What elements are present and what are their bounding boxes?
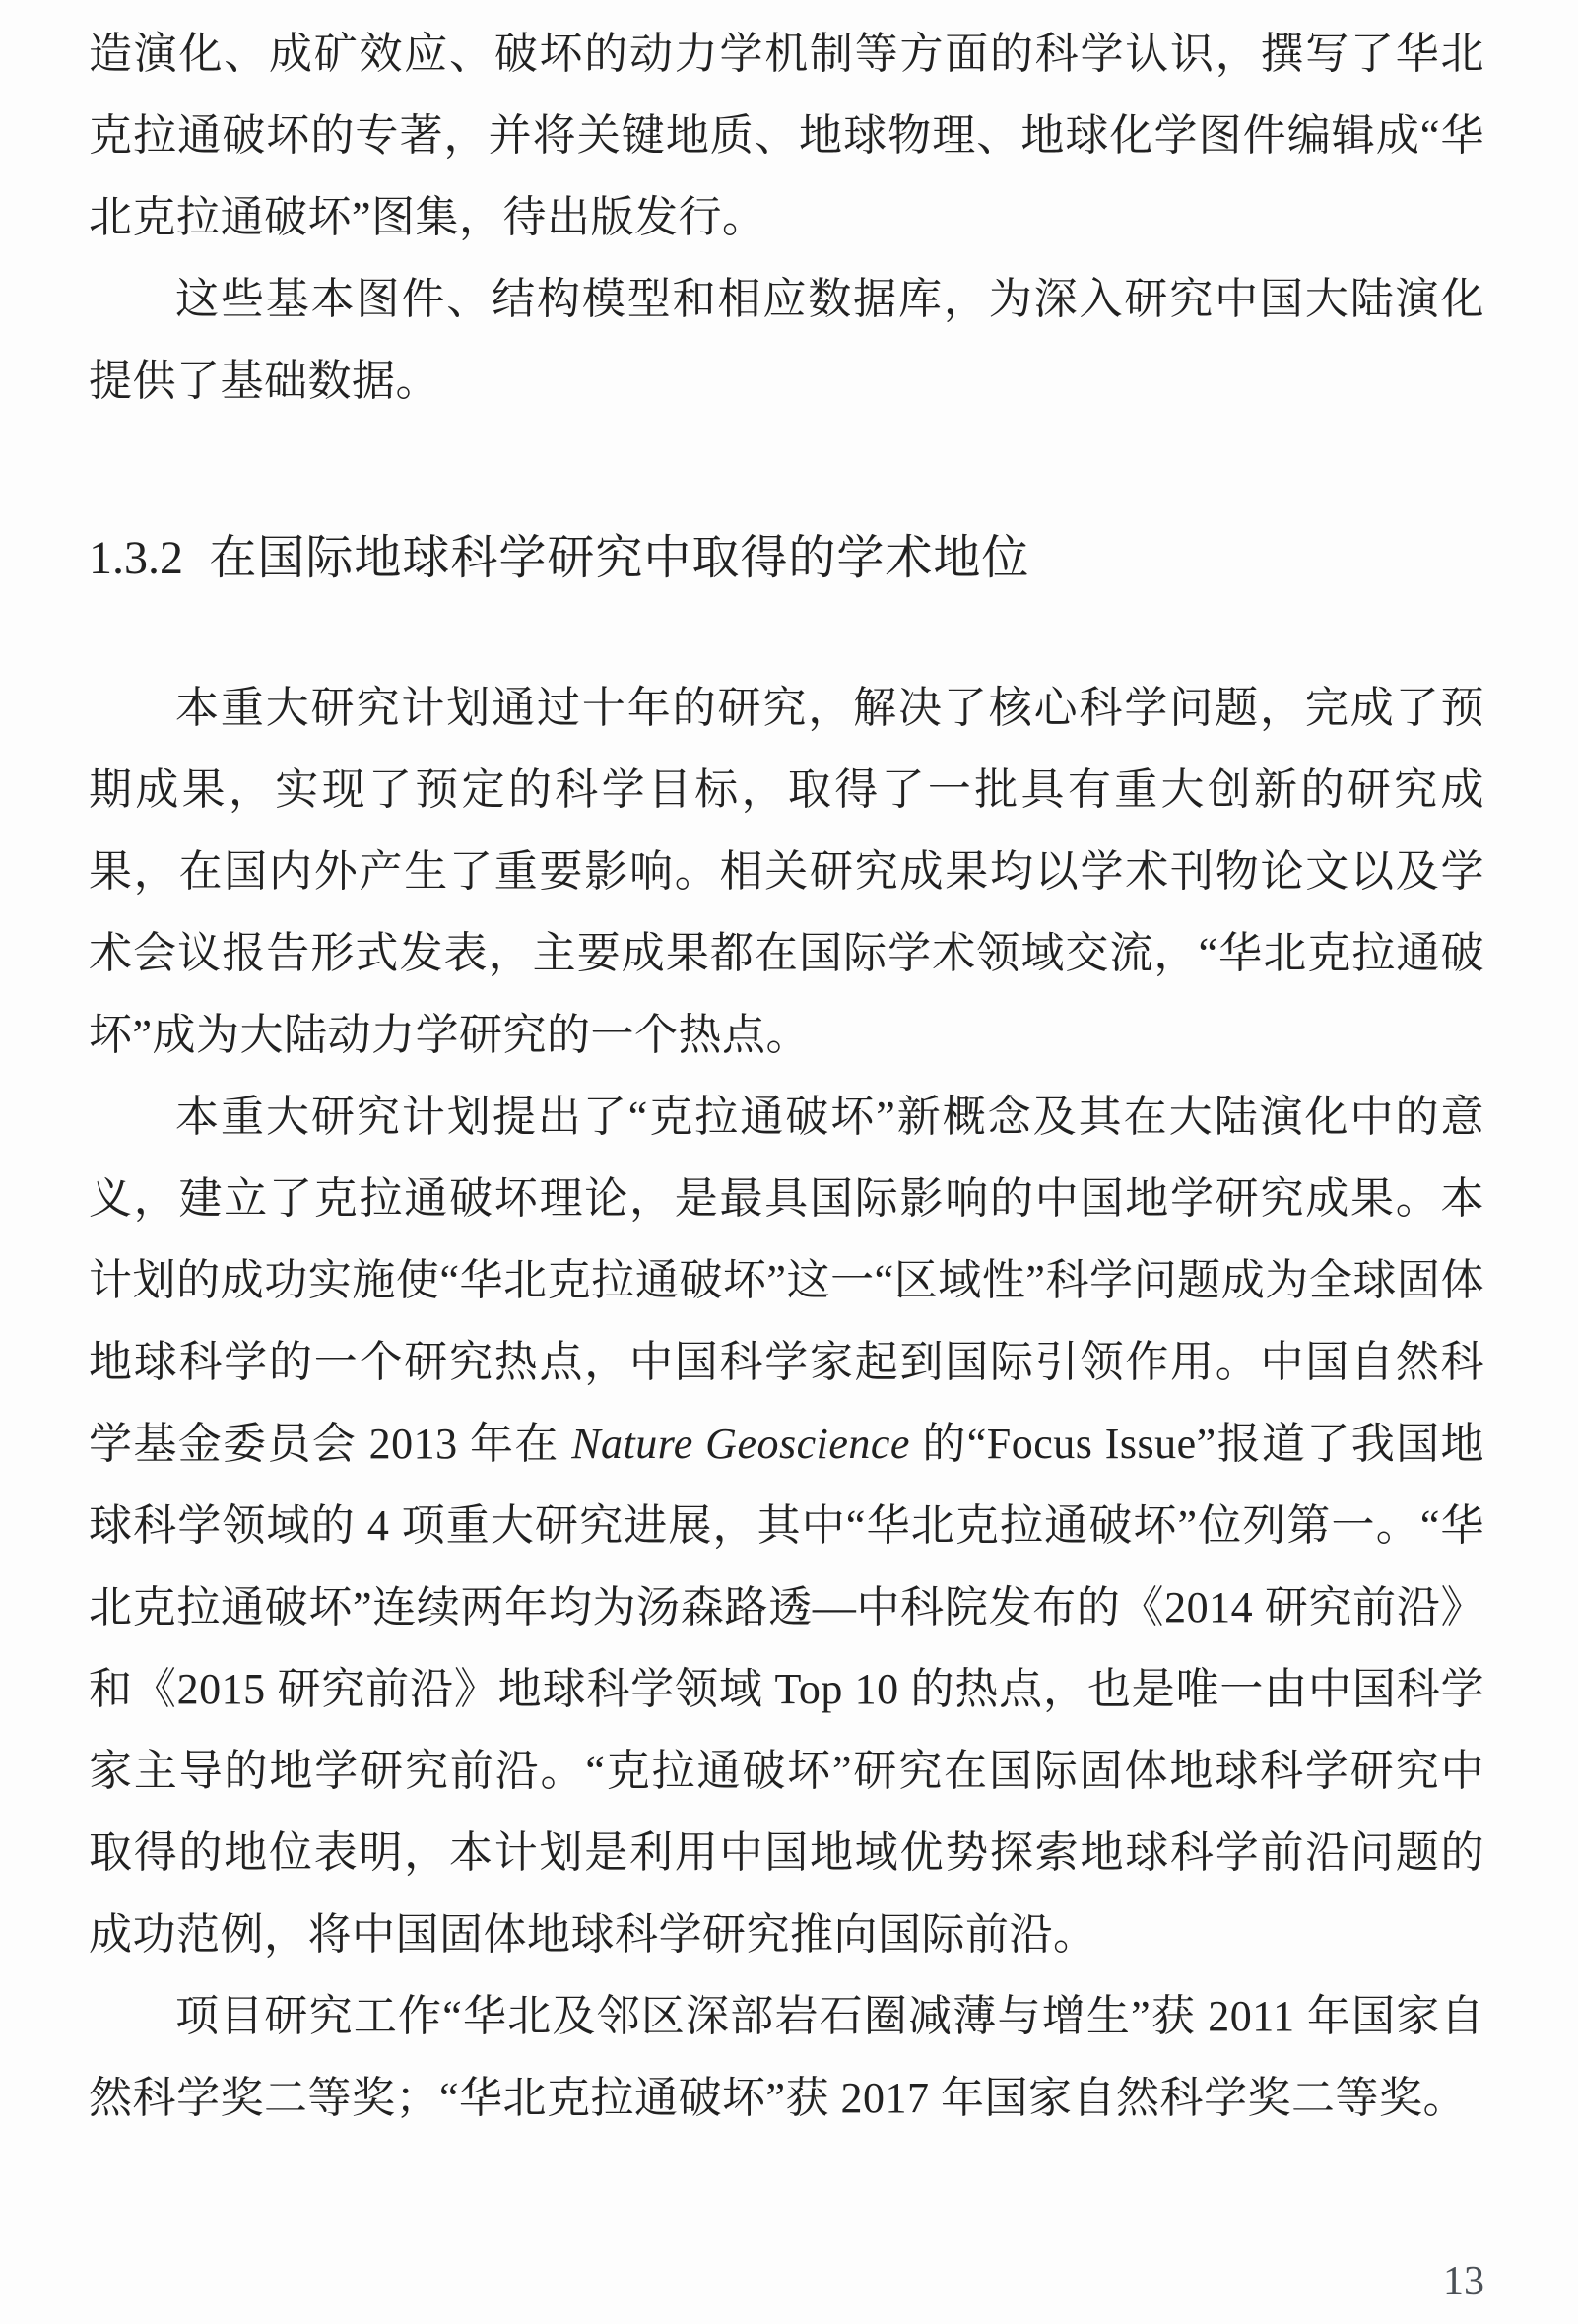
section-number: 1.3.2: [89, 532, 183, 584]
intro-paragraphs: 造演化、成矿效应、破坏的动力学机制等方面的科学认识，撰写了华北克拉通破坏的专著，…: [89, 13, 1484, 422]
paragraph: 本重大研究计划通过十年的研究，解决了核心科学问题，完成了预期成果，实现了预定的科…: [89, 667, 1484, 1076]
document-page: 造演化、成矿效应、破坏的动力学机制等方面的科学认识，撰写了华北克拉通破坏的专著，…: [0, 0, 1578, 2324]
text-run: 这些基本图件、结构模型和相应数据库，为深入研究中国大陆演化提供了基础数据。: [89, 275, 1484, 405]
section-heading: 1.3.2在国际地球科学研究中取得的学术地位: [89, 529, 1484, 588]
page-number: 13: [1443, 2258, 1484, 2305]
paragraph: 造演化、成矿效应、破坏的动力学机制等方面的科学认识，撰写了华北克拉通破坏的专著，…: [89, 13, 1484, 258]
text-run: 造演化、成矿效应、破坏的动力学机制等方面的科学认识，撰写了华北克拉通破坏的专著，…: [89, 30, 1484, 241]
italic-text-run: Nature Geoscience: [571, 1420, 910, 1468]
paragraph: 这些基本图件、结构模型和相应数据库，为深入研究中国大陆演化提供了基础数据。: [89, 258, 1484, 422]
text-run: 的“Focus Issue”报道了我国地球科学领域的 4 项重大研究进展，其中“…: [89, 1420, 1484, 1959]
text-run: 项目研究工作“华北及邻区深部岩石圈减薄与增生”获 2011 年国家自然科学奖二等…: [89, 1992, 1484, 2122]
paragraph: 本重大研究计划提出了“克拉通破坏”新概念及其在大陆演化中的意义，建立了克拉通破坏…: [89, 1076, 1484, 1975]
text-run: 本重大研究计划通过十年的研究，解决了核心科学问题，完成了预期成果，实现了预定的科…: [89, 684, 1484, 1059]
section-title: 在国际地球科学研究中取得的学术地位: [209, 532, 1029, 584]
paragraph: 项目研究工作“华北及邻区深部岩石圈减薄与增生”获 2011 年国家自然科学奖二等…: [89, 1975, 1484, 2139]
body-paragraphs: 本重大研究计划通过十年的研究，解决了核心科学问题，完成了预期成果，实现了预定的科…: [89, 667, 1484, 2139]
page-content: 造演化、成矿效应、破坏的动力学机制等方面的科学认识，撰写了华北克拉通破坏的专著，…: [89, 13, 1484, 2139]
text-run: 本重大研究计划提出了“克拉通破坏”新概念及其在大陆演化中的意义，建立了克拉通破坏…: [89, 1093, 1484, 1468]
